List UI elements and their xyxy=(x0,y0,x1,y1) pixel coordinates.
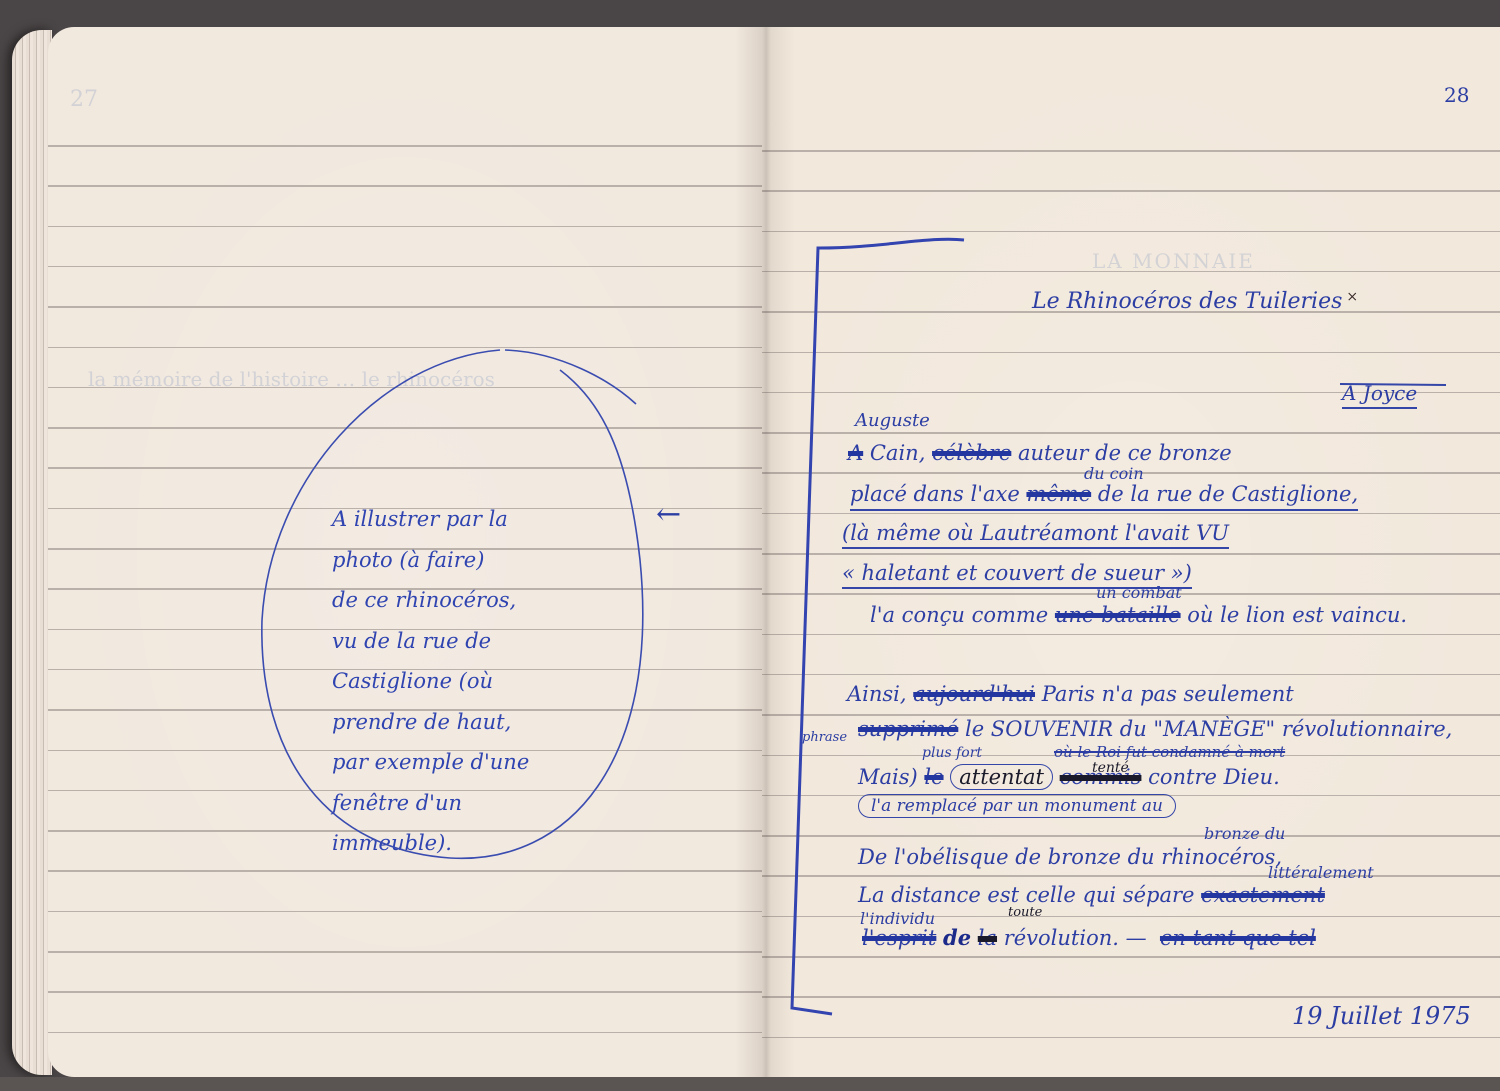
rule-line xyxy=(48,1032,762,1034)
struck-word: la xyxy=(978,926,997,950)
line-text: Mais xyxy=(858,765,910,789)
dedication: A Joyce xyxy=(1342,381,1417,409)
struck-word: aujourd'hui xyxy=(913,682,1035,706)
rule-line xyxy=(762,634,1500,636)
rule-line xyxy=(48,306,762,308)
insert-litteralement: littéralement xyxy=(1268,863,1374,882)
rule-line xyxy=(48,185,762,187)
right-page: 28 LA MONNAIE Le Rhinocéros des Tuilerie… xyxy=(762,27,1500,1077)
rule-line xyxy=(48,145,762,147)
note-line: de ce rhinocéros, xyxy=(332,580,529,621)
line-text: (là même où Lautréamont l'avait VU xyxy=(842,521,1229,549)
stanza1-line4: « haletant et couvert de sueur ») xyxy=(842,561,1192,585)
struck-word: l'esprit xyxy=(862,926,936,950)
struck-word: commis xyxy=(1060,765,1142,789)
struck-word: en tant que tel xyxy=(1160,926,1316,950)
note-line: par exemple d'une xyxy=(332,742,529,783)
struck-line: où le Roi fut condamné à mort xyxy=(1054,743,1285,761)
insert-toute: toute xyxy=(1008,905,1042,920)
rule-line xyxy=(762,835,1500,837)
rule-line xyxy=(762,432,1500,434)
rule-line xyxy=(48,427,762,429)
bottom-shadow xyxy=(0,1077,1500,1091)
margin-note: phrase xyxy=(802,730,847,745)
line-text: de xyxy=(943,925,971,950)
rule-line xyxy=(762,150,1500,152)
insert-bronze-du: bronze du xyxy=(1204,824,1285,843)
stanza1-line1: A Cain, célèbre auteur de ce bronze xyxy=(848,441,1232,465)
struck-word: célèbre xyxy=(932,441,1011,465)
note-line: Castiglione (où xyxy=(332,661,529,702)
arrow-left-icon: ← xyxy=(656,497,681,532)
page-stack-edges xyxy=(12,30,52,1075)
line-text: placé dans l'axe xyxy=(850,482,1020,506)
rule-line xyxy=(762,553,1500,555)
struck-word: une bataille xyxy=(1055,603,1181,627)
note-line: fenêtre d'un xyxy=(332,783,529,824)
rule-line xyxy=(762,231,1500,233)
rule-line xyxy=(762,714,1500,716)
rule-line xyxy=(48,911,762,913)
rule-line xyxy=(762,352,1500,354)
line-text: auteur de ce bronze xyxy=(1018,441,1232,465)
rule-line xyxy=(762,190,1500,192)
line-text: où le lion est vaincu. xyxy=(1187,603,1407,627)
insert-auguste: Auguste xyxy=(855,410,930,431)
title-text: Le Rhinocéros des Tuileries xyxy=(1032,289,1342,314)
rule-line xyxy=(762,875,1500,877)
rule-line xyxy=(762,674,1500,676)
poem-title: Le Rhinocéros des Tuileries× xyxy=(1032,289,1358,314)
insert-plus-fort: plus fort xyxy=(922,745,982,761)
note-line: prendre de haut, xyxy=(332,702,529,743)
struck-word: supprimé xyxy=(858,717,958,741)
line-text: Ainsi, xyxy=(847,682,907,706)
stanza1-line3: (là même où Lautréamont l'avait VU xyxy=(842,521,1229,545)
line-text: de la rue de Castiglione, xyxy=(1098,482,1358,506)
left-page: 27 la mémoire de l'histoire … le rhinocé… xyxy=(48,27,762,1077)
insert-du-coin: du coin xyxy=(1084,464,1144,483)
rule-line xyxy=(762,996,1500,998)
stanza2-line2: supprimé le SOUVENIR du "MANÈGE" révolut… xyxy=(858,717,1452,741)
line-text: contre Dieu. xyxy=(1148,765,1280,789)
date: 19 Juillet 1975 xyxy=(1292,1002,1471,1030)
stanza2-line1: Ainsi, aujourd'hui Paris n'a pas seuleme… xyxy=(847,682,1294,706)
struck-word: même xyxy=(1026,482,1091,506)
line-text: le SOUVENIR du "MANÈGE" révolutionnaire, xyxy=(965,717,1452,741)
line-text: La distance est celle qui sépare xyxy=(858,883,1194,907)
line-text: l'a conçu comme xyxy=(870,603,1048,627)
struck-word: le xyxy=(924,765,943,789)
stanza1-line5: l'a conçu comme une bataille où le lion … xyxy=(870,603,1407,627)
circled-note: A illustrer par la photo (à faire) de ce… xyxy=(332,499,529,864)
struck-word: exactement xyxy=(1201,883,1325,907)
title-footnote-mark: × xyxy=(1346,289,1358,305)
line-text: Cain, xyxy=(870,441,926,465)
stanza3-line1: De l'obélisque de bronze du rhinocéros, xyxy=(858,845,1282,869)
stanza2-line4: Mais) le attentat commis contre Dieu. xyxy=(858,765,1280,789)
note-line: A illustrer par la xyxy=(332,499,529,540)
rule-line xyxy=(48,347,762,349)
note-line: photo (à faire) xyxy=(332,540,529,581)
rule-line xyxy=(48,951,762,953)
rule-line xyxy=(762,956,1500,958)
rule-line xyxy=(48,226,762,228)
boxed-word: attentat xyxy=(950,764,1053,790)
rule-line xyxy=(762,1037,1500,1039)
struck-word: A xyxy=(848,441,863,465)
circled-line: l'a remplacé par un monument au xyxy=(858,794,1176,818)
note-line: immeuble). xyxy=(332,823,529,864)
rule-line xyxy=(48,467,762,469)
rule-line xyxy=(48,870,762,872)
line-text: Paris n'a pas seulement xyxy=(1042,682,1294,706)
note-line: vu de la rue de xyxy=(332,621,529,662)
left-page-number-faint: 27 xyxy=(70,87,98,112)
bleed-through-text: la mémoire de l'histoire … le rhinocéros xyxy=(88,367,495,391)
stanza3-line2: La distance est celle qui sépare exactem… xyxy=(858,883,1325,907)
stanza3-line3: l'esprit de la révolution. — en tant que… xyxy=(862,925,1316,950)
rule-line xyxy=(762,513,1500,515)
stanza1-line2: placé dans l'axe même de la rue de Casti… xyxy=(850,482,1358,511)
rule-line xyxy=(48,991,762,993)
notebook-spread: 27 la mémoire de l'histoire … le rhinocé… xyxy=(0,0,1500,1091)
line-text: révolution. — xyxy=(1004,926,1147,950)
bleed-through-heading: LA MONNAIE xyxy=(1092,249,1255,273)
page-number: 28 xyxy=(1444,83,1469,107)
insert-un-combat: un combat xyxy=(1096,583,1182,602)
rule-line xyxy=(48,266,762,268)
